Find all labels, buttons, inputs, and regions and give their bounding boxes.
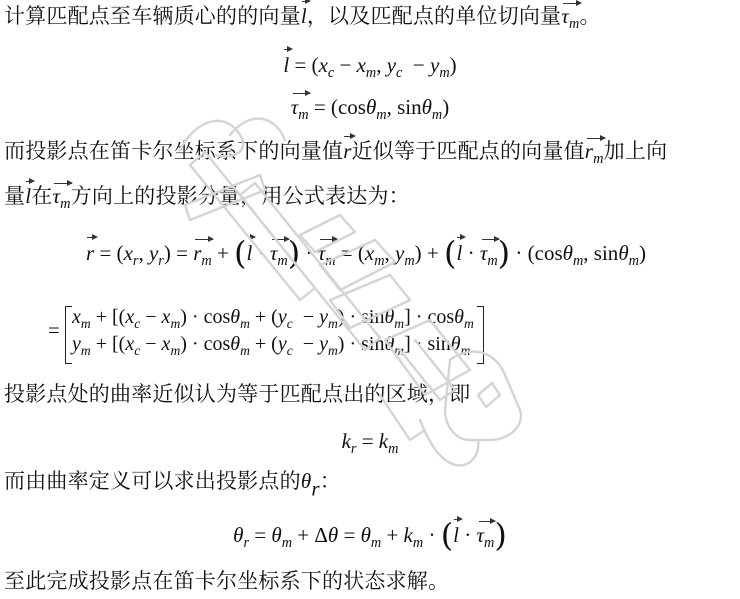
close-equals: ) = bbox=[164, 241, 193, 265]
big-open-paren: ( bbox=[234, 234, 246, 272]
subscript: m bbox=[593, 151, 604, 167]
vector-tau-m-symbol: τm bbox=[318, 238, 336, 268]
dot-operator: · bbox=[423, 523, 441, 547]
theta: θ bbox=[233, 523, 243, 547]
paragraph-text: 而投影点在笛卡尔坐标系下的向量值 bbox=[4, 139, 343, 163]
theta: θ bbox=[230, 333, 240, 355]
subscript: m bbox=[394, 343, 404, 358]
subscript: m bbox=[282, 535, 292, 551]
left-bracket bbox=[65, 306, 72, 364]
paragraph-text: 计算匹配点至车辆质心的的向量 bbox=[4, 4, 301, 28]
subscript: m bbox=[371, 535, 381, 551]
watermark-outline-icon bbox=[0, 0, 740, 599]
vector-tau-m-symbol: τm bbox=[480, 238, 498, 268]
subscript: r bbox=[311, 476, 319, 500]
subscript: m bbox=[240, 343, 250, 358]
equals-open: = ( bbox=[336, 241, 365, 265]
vector-l-symbol: l bbox=[25, 182, 31, 210]
operator: + Δ bbox=[292, 523, 328, 547]
theta: θ bbox=[361, 523, 371, 547]
paragraph-text: 近似等于匹配点的向量值 bbox=[352, 139, 585, 163]
paragraph-projection-component: 量l在τm方向上的投影分量，用公式表达为： bbox=[4, 182, 410, 210]
theta: θ bbox=[454, 306, 464, 328]
comma: , bbox=[138, 241, 149, 265]
paragraph-text: 加上向 bbox=[604, 139, 668, 163]
sin-function: sin bbox=[397, 95, 422, 119]
theta: θ bbox=[563, 241, 573, 265]
operator: + [( bbox=[91, 306, 126, 328]
operator: − bbox=[140, 333, 161, 355]
vector-r-m-symbol: rm bbox=[585, 137, 604, 165]
equation-matrix-expansion: = xm + [(xc − xm) · cosθm + (yc − ym) · … bbox=[48, 303, 450, 357]
paragraph-text: ，以及匹配点的单位切向量 bbox=[307, 4, 561, 28]
matrix-row-y: ym + [(xc − xm) · cosθm + (yc − ym) · si… bbox=[72, 330, 474, 357]
vector-l-symbol: l bbox=[247, 238, 253, 268]
operator: ] · sin bbox=[404, 333, 451, 355]
equation-curvature: kr = km bbox=[0, 426, 740, 456]
close-paren: ) bbox=[442, 95, 449, 119]
equals-open: = ( bbox=[309, 95, 338, 119]
theta: θ bbox=[422, 95, 432, 119]
vector-tau-m-symbol: τm bbox=[561, 2, 579, 30]
vector-r-symbol: r bbox=[343, 137, 351, 165]
paragraph-text: 方向上的投影分量，用公式表达为： bbox=[71, 184, 410, 208]
operator: ] · cos bbox=[404, 306, 454, 328]
equation-tau-m: τm = (cosθm, sinθm) bbox=[0, 92, 740, 122]
subscript: m bbox=[484, 535, 494, 551]
paragraph-text: 量 bbox=[4, 184, 25, 208]
cos-function: cos bbox=[535, 241, 563, 265]
dot-operator: · bbox=[300, 241, 318, 265]
big-open-paren: ( bbox=[444, 234, 456, 272]
var-x: x bbox=[72, 306, 81, 328]
equation-r-projection: r = (xr, yr) = rm + (l · τm) · τm = (xm,… bbox=[0, 238, 736, 268]
var-y: y bbox=[278, 333, 287, 355]
subscript: m bbox=[81, 316, 91, 331]
r-letter: r bbox=[585, 139, 593, 163]
vector-l-symbol: l bbox=[301, 2, 307, 30]
paragraph-text: 在 bbox=[31, 184, 52, 208]
comma: , bbox=[583, 241, 594, 265]
subscript: m bbox=[277, 253, 287, 269]
operator: − bbox=[293, 333, 319, 355]
vector-tau-m-symbol: τm bbox=[477, 520, 495, 550]
equals-open: = ( bbox=[94, 241, 123, 265]
var-y: y bbox=[395, 241, 404, 265]
vector-l-symbol: l bbox=[453, 520, 459, 550]
vector-tau-m-symbol: τm bbox=[291, 92, 309, 122]
dot-operator: · bbox=[462, 241, 480, 265]
var-x: x bbox=[357, 53, 366, 77]
theta: θ bbox=[301, 469, 312, 493]
var-k: k bbox=[379, 429, 388, 453]
dot-operator: · bbox=[252, 241, 270, 265]
operator: + [( bbox=[91, 333, 126, 355]
vector-r-symbol: r bbox=[86, 238, 94, 268]
theta: θ bbox=[451, 333, 461, 355]
vector-l-symbol: l bbox=[283, 50, 289, 80]
paragraph-text: 投影点处的曲率近似认为等于匹配点出的区域，即 bbox=[4, 382, 470, 406]
subscript: m bbox=[240, 316, 250, 331]
var-k: k bbox=[404, 523, 413, 547]
operator: ) · cos bbox=[180, 306, 230, 328]
subscript: m bbox=[325, 253, 335, 269]
matrix-body: xm + [(xc − xm) · cosθm + (yc − ym) · si… bbox=[72, 303, 474, 357]
var-y: y bbox=[319, 306, 328, 328]
tau-letter: τ bbox=[477, 523, 485, 547]
dot-open: · ( bbox=[510, 241, 535, 265]
subscript: m bbox=[461, 343, 471, 358]
theta: θ bbox=[384, 333, 394, 355]
equals-open: = ( bbox=[289, 53, 318, 77]
operator: − bbox=[140, 306, 161, 328]
operator: − bbox=[334, 53, 356, 77]
subscript: m bbox=[404, 253, 414, 269]
subscript: m bbox=[201, 253, 211, 269]
subscript: m bbox=[464, 316, 474, 331]
operator: − bbox=[402, 53, 430, 77]
close-paren: ) bbox=[450, 53, 457, 77]
comma: , bbox=[376, 53, 387, 77]
vector-tau-m-symbol: τm bbox=[270, 238, 288, 268]
comma: , bbox=[385, 241, 396, 265]
subscript: m bbox=[432, 107, 442, 123]
sin-function: sin bbox=[594, 241, 619, 265]
dot-operator: · bbox=[459, 523, 477, 547]
operator: ) · sin bbox=[338, 306, 385, 328]
var-y: y bbox=[387, 53, 396, 77]
var-y: y bbox=[319, 333, 328, 355]
right-bracket bbox=[477, 306, 484, 364]
paragraph-theta-definition: 而由曲率定义可以求出投影点的θr： bbox=[4, 467, 341, 495]
paragraph-text: 至此完成投影点在笛卡尔坐标系下的状态求解。 bbox=[4, 569, 449, 593]
document-page: 计算匹配点至车辆质心的的向量l，以及匹配点的单位切向量τm。 l = (xc −… bbox=[0, 0, 740, 599]
subscript: m bbox=[170, 316, 180, 331]
equals-sign: = bbox=[338, 523, 360, 547]
var-x: x bbox=[365, 241, 374, 265]
var-y: y bbox=[72, 333, 81, 355]
operator: + ( bbox=[250, 333, 278, 355]
subscript: m bbox=[328, 316, 338, 331]
paragraph-curvature-approx: 投影点处的曲率近似认为等于匹配点出的区域，即 bbox=[4, 380, 470, 408]
tau-letter: τ bbox=[561, 4, 569, 28]
subscript: m bbox=[413, 535, 423, 551]
close-plus: ) + bbox=[415, 241, 444, 265]
theta: θ bbox=[384, 306, 394, 328]
comma: , bbox=[387, 95, 398, 119]
vector-tau-m-symbol: τm bbox=[52, 182, 70, 210]
theta: θ bbox=[230, 306, 240, 328]
equation-theta-r: θr = θm + Δθ = θm + km · (l · τm) bbox=[0, 520, 740, 550]
tau-letter: τ bbox=[52, 184, 60, 208]
operator: ) · cos bbox=[180, 333, 230, 355]
equation-l-vector: l = (xc − xm, yc − ym) bbox=[0, 50, 740, 80]
operator: + ( bbox=[250, 306, 278, 328]
var-y: y bbox=[149, 241, 158, 265]
subscript: m bbox=[366, 65, 376, 81]
var-x: x bbox=[125, 306, 134, 328]
equals-sign: = bbox=[48, 318, 60, 343]
paragraph-intro-vectors: 计算匹配点至车辆质心的的向量l，以及匹配点的单位切向量τm。 bbox=[4, 2, 601, 30]
matrix-row-x: xm + [(xc − xm) · cosθm + (yc − ym) · si… bbox=[72, 303, 474, 330]
theta: θ bbox=[271, 523, 281, 547]
subscript: m bbox=[81, 343, 91, 358]
close-paren: ) bbox=[639, 241, 646, 265]
subscript: m bbox=[394, 316, 404, 331]
vector-r-m-symbol: rm bbox=[193, 238, 212, 268]
subscript: m bbox=[60, 196, 71, 212]
var-k: k bbox=[342, 429, 351, 453]
big-open-paren: ( bbox=[441, 516, 453, 554]
subscript: m bbox=[298, 107, 308, 123]
equals-sign: = bbox=[356, 429, 378, 453]
paragraph-conclusion: 至此完成投影点在笛卡尔坐标系下的状态求解。 bbox=[4, 567, 449, 595]
var-y: y bbox=[278, 306, 287, 328]
subscript: m bbox=[376, 107, 386, 123]
var-y: y bbox=[430, 53, 439, 77]
operator: − bbox=[293, 306, 319, 328]
subscript: m bbox=[439, 65, 449, 81]
operator: + bbox=[212, 241, 234, 265]
subscript: m bbox=[374, 253, 384, 269]
cos-function: cos bbox=[338, 95, 366, 119]
theta: θ bbox=[328, 523, 338, 547]
var-x: x bbox=[124, 241, 133, 265]
operator: + bbox=[381, 523, 403, 547]
paragraph-text: 。 bbox=[580, 4, 601, 28]
paragraph-projection-vector: 而投影点在笛卡尔坐标系下的向量值r近似等于匹配点的向量值rm加上向 bbox=[4, 137, 667, 165]
subscript: m bbox=[487, 253, 497, 269]
var-x: x bbox=[319, 53, 328, 77]
subscript: m bbox=[573, 253, 583, 269]
equals-sign: = bbox=[249, 523, 271, 547]
subscript: m bbox=[170, 343, 180, 358]
subscript: m bbox=[569, 16, 580, 32]
var-x: x bbox=[125, 333, 134, 355]
theta: θ bbox=[618, 241, 628, 265]
subscript: m bbox=[328, 343, 338, 358]
paragraph-text: 而由曲率定义可以求出投影点的 bbox=[4, 469, 301, 493]
paragraph-text: ： bbox=[320, 469, 341, 493]
theta: θ bbox=[366, 95, 376, 119]
subscript: m bbox=[388, 441, 398, 457]
vector-l-symbol: l bbox=[456, 238, 462, 268]
operator: ) · sin bbox=[338, 333, 385, 355]
subscript: m bbox=[629, 253, 639, 269]
